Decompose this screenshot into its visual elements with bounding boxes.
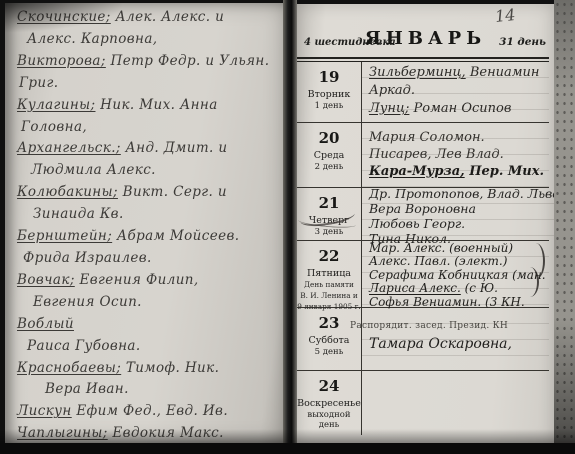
entries-cell xyxy=(362,371,549,435)
handwritten-name-list: Скочинские; Алек. Алекс. и Алекс. Карпов… xyxy=(17,7,282,445)
photo-bottom-border xyxy=(0,443,575,454)
calendar-rows: 19 Вторник 1 день Зильберминц, Вениамин … xyxy=(297,62,549,435)
diary-entry: Писарев, Лев Влад. xyxy=(369,146,547,163)
handwritten-line: Зинаида Кв. xyxy=(17,204,282,226)
diary-entry: Кара-Мурза, Пер. Мих. xyxy=(369,163,547,180)
date-cell: 20 Среда 2 день xyxy=(297,123,362,187)
day-count-label: 5 день xyxy=(297,347,361,357)
entry-text: Др. Протопопов, Влад. Львов. xyxy=(369,186,554,201)
line-text: Анд. Дмит. и xyxy=(121,140,228,156)
handwritten-line: Лискун Ефим Фед., Евд. Ив. xyxy=(17,401,282,423)
date-cell: 23 Суббота 5 день xyxy=(297,308,362,370)
entry-underlined: Зильберминц, xyxy=(369,65,466,80)
entry-text: Вениамин xyxy=(466,65,540,80)
calendar-row-jan24: 24 Воскресенье выходной день xyxy=(297,371,549,435)
scanned-diary-photo: Скочинские; Алек. Алекс. и Алекс. Карпов… xyxy=(0,0,575,454)
line-text: Зинаида Кв. xyxy=(33,206,124,222)
entries-cell: Зильберминц, Вениамин Аркад. Лунц; Роман… xyxy=(362,62,549,122)
diary-entry: Любовь Георг. xyxy=(369,216,554,231)
handwritten-line: Евгения Осип. xyxy=(17,292,282,314)
diary-entry: Мар. Алекс. (военный) xyxy=(369,242,547,255)
date-number: 22 xyxy=(297,247,361,265)
weekday-label: Вторник xyxy=(297,89,361,100)
handwritten-line: Бернштейн; Абрам Мойсеев. xyxy=(17,226,282,248)
handwritten-line: Людмила Алекс. xyxy=(17,160,282,182)
line-text: Викт. Серг. и xyxy=(118,184,227,200)
entry-text: Мария Соломон. xyxy=(369,130,485,145)
photo-corner-shadow xyxy=(5,3,125,33)
weekday-label: Среда xyxy=(297,150,361,161)
diary-entry: Зильберминц, Вениамин xyxy=(369,64,547,82)
surname-underlined: Лискун xyxy=(17,403,72,419)
line-text: Алекс. Карповна, xyxy=(27,31,157,47)
handwritten-line: Колюбакины; Викт. Серг. и xyxy=(17,182,282,204)
handwritten-line: Вовчак; Евгения Филип, xyxy=(17,270,282,292)
diary-entry: Др. Протопопов, Влад. Львов. xyxy=(369,186,554,201)
diary-entry: Мария Соломон. xyxy=(369,129,547,146)
handwritten-line: Вера Иван. xyxy=(17,379,282,401)
calendar-row-jan20: 20 Среда 2 день Мария Соломон. Писарев, … xyxy=(297,123,549,188)
entry-text: Софья Вениамин. (3 КН. xyxy=(369,295,525,309)
line-text: Абрам Мойсеев. xyxy=(112,228,239,244)
handwritten-page-number: 14 xyxy=(494,5,516,26)
entry-text: Тамара Оскаровна, xyxy=(369,336,512,352)
surname-underlined: Бернштейн; xyxy=(17,228,112,244)
date-cell: 24 Воскресенье выходной день xyxy=(297,371,362,435)
line-text: Евгения Филип, xyxy=(75,272,199,288)
line-text: Людмила Алекс. xyxy=(31,162,156,178)
surname-underlined: Краснобаевы; xyxy=(17,360,121,376)
day-count-label: 3 день xyxy=(297,227,361,237)
entry-text: Роман Осипов xyxy=(409,101,511,116)
entry-text: Пер. Мих. xyxy=(465,164,544,179)
entries-cell: Мар. Алекс. (военный) Алекс. Павл. (элек… xyxy=(362,241,549,307)
handwritten-line: Фрида Израилев. xyxy=(17,248,282,270)
calendar-row-jan21: 21 Четверг 3 день Др. Протопопов, Влад. … xyxy=(297,188,549,241)
line-text: Ник. Мих. Анна xyxy=(95,97,217,113)
diary-entry: Вера Вороновна xyxy=(369,201,554,216)
month-days-label: 31 день xyxy=(499,36,546,48)
line-text: Евгения Осип. xyxy=(33,294,142,310)
entry-text: Вера Вороновна xyxy=(369,201,476,216)
surname-underlined: Колюбакины; xyxy=(17,184,118,200)
day-count-label: 1 день xyxy=(297,101,361,111)
calendar-row-jan19: 19 Вторник 1 день Зильберминц, Вениамин … xyxy=(297,62,549,123)
entry-text: Мар. Алекс. (военный) xyxy=(369,241,513,255)
line-text: Фрида Израилев. xyxy=(23,250,152,266)
diary-entry: Аркад. xyxy=(369,82,547,100)
ink-flourish xyxy=(521,267,539,297)
entry-text: Любовь Георг. xyxy=(369,216,465,231)
entry-text: (с Ю. xyxy=(461,281,498,295)
right-page-calendar: 14 4 шестидневка ЯНВАРЬ 31 день 19 Вторн… xyxy=(297,4,554,444)
entry-underlined: Кара-Мурза, xyxy=(369,164,465,179)
surname-underlined: Викторова; xyxy=(17,53,106,69)
handwritten-line: Викторова; Петр Федр. и Ульян. xyxy=(17,51,282,73)
entry-text: Алекс. Павл. (элект.) xyxy=(369,254,507,268)
entry-text: Серафима Кобницкая (ман. xyxy=(369,268,546,282)
diary-entry: Тамара Оскаровна, xyxy=(369,336,547,352)
entries-cell: Распорядит. засед. Презид. КН Тамара Оск… xyxy=(362,308,549,370)
line-text: Григ. xyxy=(19,75,58,91)
left-page: Скочинские; Алек. Алекс. и Алекс. Карпов… xyxy=(5,3,286,444)
date-cell: 19 Вторник 1 день xyxy=(297,62,362,122)
line-text: Раиса Губовна. xyxy=(27,338,141,354)
entry-text: Писарев, Лев Влад. xyxy=(369,147,504,162)
weekday-label: Пятница xyxy=(297,268,361,279)
weekday-label: Суббота xyxy=(297,335,361,346)
line-text: Алек. Алекс. и xyxy=(111,9,224,25)
weekday-label: Воскресенье xyxy=(297,398,361,409)
calendar-row-jan22: 22 Пятница День памяти В. И. Ленина и 9 … xyxy=(297,241,549,308)
line-text: Петр Федр. и Ульян. xyxy=(106,53,270,69)
entries-cell: Др. Протопопов, Влад. Львов. Вера Вороно… xyxy=(362,188,554,240)
lenin-memorial-note: День памяти xyxy=(297,281,361,290)
line-text: Вера Иван. xyxy=(45,381,129,397)
entry-underlined: Лариса Алекс. xyxy=(369,281,461,295)
line-text: Головна, xyxy=(21,119,87,135)
line-text: Тимоф. Ник. xyxy=(121,360,219,376)
printed-session-note: Распорядит. засед. Презид. КН xyxy=(350,321,508,331)
handwritten-line: Воблый xyxy=(17,314,282,336)
date-cell: 22 Пятница День памяти В. И. Ленина и 9 … xyxy=(297,241,362,307)
day-count-label: выходной день xyxy=(297,410,361,430)
handwritten-line: Раиса Губовна. xyxy=(17,336,282,358)
date-cell: 21 Четверг 3 день xyxy=(297,188,362,240)
book-binding xyxy=(283,0,297,444)
date-number: 24 xyxy=(297,377,361,395)
entries-cell: Мария Соломон. Писарев, Лев Влад. Кара-М… xyxy=(362,123,549,187)
line-text: Ефим Фед., Евд. Ив. xyxy=(72,403,228,419)
entry-text: Аркад. xyxy=(369,83,415,98)
handwritten-line: Григ. xyxy=(17,73,282,95)
entry-underlined: Лунц; xyxy=(369,101,409,116)
date-number: 19 xyxy=(297,68,361,86)
surname-underlined: Вовчак; xyxy=(17,272,75,288)
handwritten-line: Краснобаевы; Тимоф. Ник. xyxy=(17,358,282,380)
lenin-memorial-note: В. И. Ленина и xyxy=(297,292,361,301)
surname-underlined: Архангельск.; xyxy=(17,140,121,156)
handwritten-line: Кулагины; Ник. Мих. Анна xyxy=(17,95,282,117)
diary-entry: Лунц; Роман Осипов xyxy=(369,100,547,118)
handwritten-line: Архангельск.; Анд. Дмит. и xyxy=(17,138,282,160)
surname-underlined: Воблый xyxy=(17,316,74,332)
page-stack-edge-shadow xyxy=(554,0,575,454)
photo-bottom-shadow xyxy=(0,429,575,443)
handwritten-line: Головна, xyxy=(17,117,282,139)
calendar-row-jan23: 23 Суббота 5 день Распорядит. засед. Пре… xyxy=(297,308,549,371)
day-count-label: 2 день xyxy=(297,162,361,172)
date-number: 20 xyxy=(297,129,361,147)
surname-underlined: Кулагины; xyxy=(17,97,95,113)
